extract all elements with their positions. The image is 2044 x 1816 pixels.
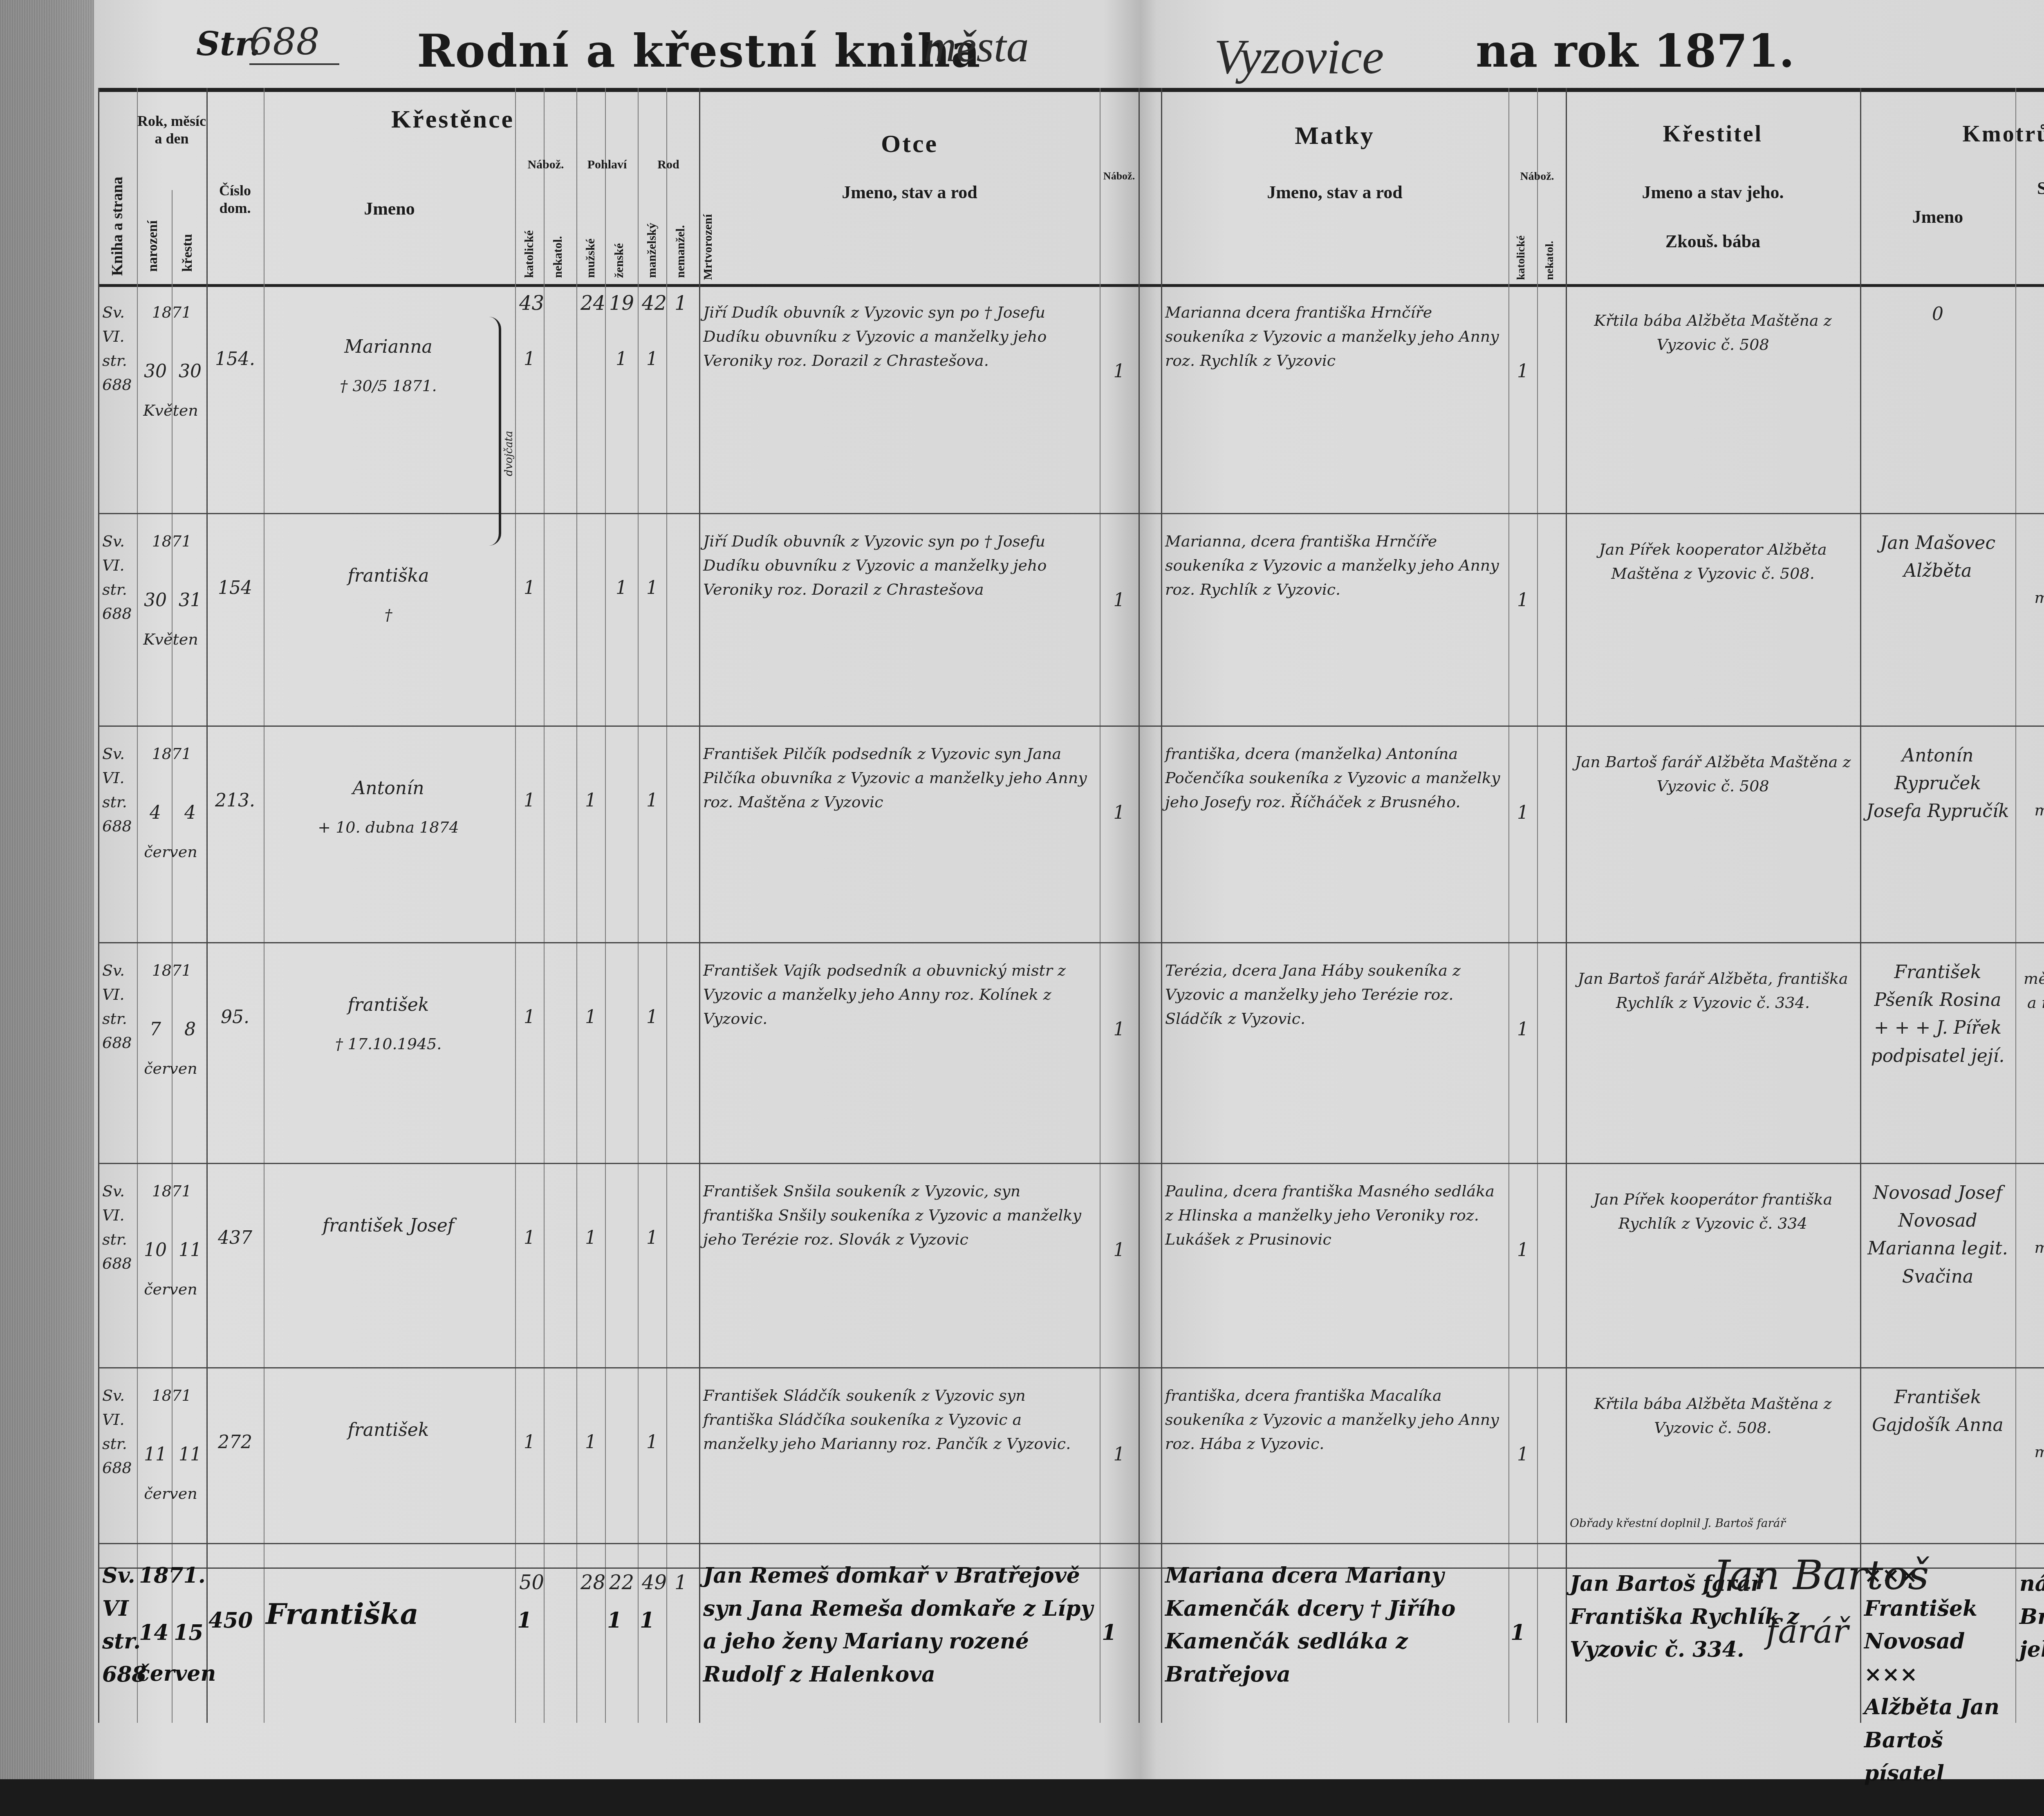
- record-year: 1871: [139, 742, 204, 766]
- record-male: 1: [578, 1429, 603, 1456]
- record-house-number: 272: [208, 1429, 262, 1456]
- record-child-name: františek: [266, 991, 511, 1019]
- record-legitimate: 1: [640, 345, 664, 373]
- record-baptism-day: 8: [174, 1016, 206, 1043]
- record-godparent-name: Novosad Josef Novosad Marianna legit. Sv…: [1864, 1179, 2011, 1291]
- record-book-ref: Sv. VI. str. 688: [102, 958, 137, 1055]
- record-female: 1: [607, 574, 636, 602]
- record-year: 1871: [139, 1179, 204, 1203]
- record-birth-day: 10: [139, 1236, 172, 1264]
- record-year: 1871.: [139, 1559, 204, 1592]
- record-baptism-day: 31: [174, 587, 206, 614]
- record-house-number: 154: [208, 574, 262, 602]
- carry-legitimate: 42: [642, 288, 667, 318]
- record-godparent-residence: soukeník z Vyzovic a manželka jeho: [2019, 1392, 2044, 1464]
- record-month: Květen: [137, 399, 204, 423]
- col-group-baptizer: Křestitel: [1566, 121, 1860, 148]
- row-divider: [98, 1163, 2044, 1164]
- header-rule-bottom: [98, 284, 2044, 287]
- register-year: 1871.: [1654, 25, 1794, 77]
- carry-illegitimate: 1: [675, 288, 687, 318]
- record-baptizer: Křtila bába Alžběta Maštěna z Vyzovic č.…: [1570, 309, 1856, 357]
- col-header-father-religion: Nábož.: [1100, 170, 1139, 182]
- page-edges-left: [0, 0, 94, 1816]
- record-father-religion: 1: [1102, 587, 1136, 614]
- record-house-number: 95.: [208, 1003, 262, 1031]
- record-catholic: 1: [517, 1003, 542, 1031]
- col-line: [1566, 88, 1567, 1723]
- record-legitimate: 1: [640, 1224, 664, 1252]
- record-godparent-name: František Pšeník Rosina + + + J. Pířek p…: [1864, 958, 2011, 1070]
- col-header-illegitimate: nemanžel.: [674, 188, 688, 278]
- col-line: [1139, 88, 1140, 1723]
- record-birth-day: 7: [139, 1016, 172, 1043]
- col-line: [576, 88, 577, 1723]
- record-month: červen: [137, 1277, 204, 1301]
- book-shadow: [0, 1779, 2044, 1816]
- register-title: Rodní a křestní kniha: [417, 25, 981, 77]
- record-baptizer: Jan Bartoš farář Alžběta Maštěna z Vyzov…: [1570, 750, 1856, 798]
- record-father: František Sládčík soukeník z Vyzovic syn…: [703, 1384, 1096, 1456]
- col-group-godparents: Kmotrův: [1860, 121, 2044, 148]
- record-catholic: 1: [517, 1604, 542, 1637]
- record-child-name: Antonín: [266, 775, 511, 802]
- record-female: 1: [607, 345, 636, 373]
- header-rule-top: [98, 88, 2044, 92]
- record-birth-day: 30: [139, 587, 172, 614]
- col-header-godparent-name: Jmeno: [1860, 206, 2015, 228]
- record-birth-day: 11: [139, 1441, 172, 1469]
- page-number: 688: [249, 20, 339, 65]
- record-month: červen: [137, 1482, 204, 1506]
- record-godparent-residence: 0: [2019, 309, 2044, 333]
- record-mother: Marianna, dcera františka Hrnčíře souken…: [1165, 529, 1504, 602]
- record-godparent-name: Antonín Rypruček Josefa Rypručík: [1864, 742, 2011, 826]
- record-catholic: 1: [517, 1429, 542, 1456]
- record-book-ref: Sv. VI. str. 688: [102, 1179, 137, 1276]
- col-line: [206, 88, 208, 1723]
- col-header-mother-catholic: katolické: [1515, 202, 1528, 280]
- col-group-child: Křestěnce: [206, 104, 699, 134]
- carry-male: 24: [580, 288, 605, 318]
- total-legitimate: 49: [642, 1567, 667, 1598]
- row-divider: [98, 726, 2044, 727]
- record-legitimate: 1: [640, 574, 664, 602]
- year-label: na rok 1871.: [1476, 25, 1795, 77]
- record-baptism-day: 11: [174, 1236, 206, 1264]
- col-header-male: mužské: [584, 188, 598, 278]
- record-catholic: 1: [517, 574, 542, 602]
- record-mother: Paulina, dcera františka Masného sedláka…: [1165, 1179, 1504, 1252]
- col-line: [638, 88, 639, 1723]
- record-father-religion: 1: [1102, 1236, 1136, 1264]
- record-month: Květen: [137, 627, 204, 652]
- col-header-female: ženské: [612, 188, 626, 278]
- record-child-name: Františka: [266, 1592, 511, 1637]
- col-header-mother-details: Jmeno, stav a rod: [1202, 182, 1468, 204]
- col-header-baptizer-name: Jmeno a stav jeho.: [1566, 182, 1860, 204]
- record-book-ref: Sv. VI. str. 688: [102, 529, 137, 626]
- col-group-legitimacy: Rod: [638, 157, 699, 172]
- record-male: 1: [578, 787, 603, 815]
- record-mother-religion: 1: [1511, 799, 1535, 827]
- record-baptizer: Jan Pířek kooperátor františka Rychlík z…: [1570, 1187, 1856, 1236]
- record-house-number: 437: [208, 1224, 262, 1252]
- carry-female: 19: [609, 288, 634, 318]
- record-child-name: františek: [266, 1416, 511, 1444]
- record-legitimate: 1: [640, 1003, 664, 1031]
- book-spread: Str. 688 Rodní a křestní kniha města Vyz…: [0, 0, 2044, 1816]
- record-catholic: 1: [517, 345, 542, 373]
- record-birth-day: 30: [139, 358, 172, 385]
- record-catholic: 1: [517, 1224, 542, 1252]
- record-mother: františka, dcera františka Macalíka souk…: [1165, 1384, 1504, 1456]
- record-mother-religion: 1: [1511, 587, 1535, 614]
- record-father: Jiří Dudík obuvník z Vyzovic syn po † Jo…: [703, 529, 1096, 602]
- col-header-mother-religion: Nábož.: [1508, 170, 1566, 184]
- carry-catholic: 43: [519, 288, 544, 318]
- row-divider: [98, 1543, 2044, 1544]
- record-child-note: + 10. dubna 1874: [266, 815, 511, 840]
- col-header-stillborn: Mrtvorození: [701, 145, 715, 280]
- twin-bracket: [482, 317, 501, 546]
- col-header-date: Rok, měsíc a den: [137, 112, 206, 148]
- register-table: Kniha a strana Rok, měsíc a den narození…: [98, 88, 2044, 1756]
- col-line: [1100, 88, 1100, 1723]
- col-line: [264, 88, 264, 1723]
- col-header-birth: narození: [145, 190, 161, 272]
- record-mother: Marianna dcera františka Hrnčíře soukení…: [1165, 300, 1504, 373]
- twin-note: dvojčata: [503, 374, 515, 476]
- record-mother: Mariana dcera Mariany Kamenčák dcery † J…: [1165, 1559, 1504, 1691]
- col-line: [137, 88, 138, 1723]
- record-godparent-residence: posluhač z Vyzovic a manželka jeho: [2019, 1187, 2044, 1260]
- record-male: 1: [578, 1003, 603, 1031]
- record-year: 1871: [139, 529, 204, 553]
- record-child-name: Marianna: [266, 333, 511, 361]
- record-godparent-name: 0: [1864, 300, 2011, 328]
- col-header-legitimate: manželský: [645, 188, 659, 278]
- record-father-religion: 1: [1102, 1016, 1136, 1043]
- col-group-father: Otce: [719, 129, 1100, 159]
- record-catholic: 1: [517, 787, 542, 815]
- record-baptism-day: 11: [174, 1441, 206, 1469]
- col-header-catholic: katolické: [522, 188, 536, 278]
- col-group-religion: Nábož.: [515, 157, 576, 172]
- priest-title: farář: [1766, 1612, 1848, 1650]
- record-year: 1871: [139, 1384, 204, 1408]
- record-mother-religion: 1: [1511, 1441, 1535, 1469]
- record-book-ref: Sv. VI. str. 688: [102, 742, 137, 838]
- record-month: červen: [137, 1657, 204, 1691]
- record-father: František Snšila soukeník z Vyzovic, syn…: [703, 1179, 1096, 1252]
- record-child-name: františek Josef: [266, 1212, 511, 1240]
- col-line: [1860, 88, 1861, 1723]
- record-father: František Pilčík podsedník z Vyzovic syn…: [703, 742, 1096, 814]
- row-divider: [98, 942, 2044, 943]
- record-child-note: †: [266, 603, 511, 627]
- town-type: města: [924, 20, 1029, 72]
- record-year: 1871: [139, 300, 204, 325]
- col-line: [1161, 88, 1162, 1723]
- record-baptizer: Jan Pířek kooperator Alžběta Maštěna z V…: [1570, 537, 1856, 586]
- record-godparent-name: Jan Mašovec Alžběta: [1864, 529, 2011, 585]
- total-catholic: 50: [519, 1567, 544, 1598]
- record-book-ref: Sv. VI. str. 688: [102, 300, 137, 397]
- record-father-religion: 1: [1102, 1441, 1136, 1469]
- record-father: Jiří Dudík obuvník z Vyzovic syn po † Jo…: [703, 300, 1096, 373]
- record-mother-religion: 1: [1511, 1617, 1535, 1650]
- col-line: [2015, 88, 2016, 1723]
- col-header-child-name: Jmeno: [264, 198, 515, 220]
- record-month: červen: [137, 1057, 204, 1081]
- col-group-mother: Matky: [1161, 121, 1508, 151]
- record-female: 1: [607, 1604, 636, 1637]
- col-header-house: Číslo dom.: [206, 182, 264, 217]
- row-divider: [98, 513, 2044, 514]
- col-line: [1508, 88, 1509, 1723]
- record-godparent-residence: nádeník z Bratřejova jeho žena: [2019, 1567, 2044, 1666]
- col-header-baptism: křestu: [180, 190, 195, 272]
- col-header-mother-noncatholic: nekatol.: [1543, 202, 1556, 280]
- record-baptizer-note: Obřady křestní doplnil J. Bartoš farář: [1570, 1514, 1856, 1532]
- col-line: [98, 88, 99, 1723]
- col-line: [515, 88, 516, 1723]
- record-mother-religion: 1: [1511, 1236, 1535, 1264]
- record-house-number: 154.: [208, 345, 262, 373]
- col-line: [666, 88, 667, 1723]
- col-group-sex: Pohlaví: [576, 157, 638, 172]
- record-baptism-day: 30: [174, 358, 206, 385]
- record-book-ref: Sv. VI. str. 688: [102, 1384, 137, 1480]
- record-mother-religion: 1: [1511, 1016, 1535, 1043]
- record-father-religion: 1: [1102, 358, 1136, 385]
- col-line: [1537, 88, 1538, 1723]
- record-baptism-day: 15: [174, 1617, 206, 1650]
- record-house-number: 450: [208, 1604, 262, 1637]
- col-line: [699, 88, 700, 1723]
- record-mother: františka, dcera (manželka) Antonína Poč…: [1165, 742, 1504, 814]
- record-child-note: † 30/5 1871.: [266, 374, 511, 398]
- col-header-book: Kniha a strana: [108, 112, 126, 276]
- record-legitimate: 1: [640, 1429, 664, 1456]
- record-baptizer: Jan Bartoš farář Alžběta, františka Rych…: [1570, 967, 1856, 1015]
- col-line: [544, 88, 545, 1723]
- record-father: František Vajík podsedník a obuvnický mi…: [703, 958, 1096, 1031]
- record-male: 1: [578, 1224, 603, 1252]
- col-header-godparent-residence: Stav a bydliště: [2036, 178, 2044, 199]
- record-father-religion: 1: [1102, 799, 1136, 827]
- col-header-midwife: Zkouš. bába: [1566, 231, 1860, 253]
- record-mother-religion: 1: [1511, 358, 1535, 385]
- page-header: Str. 688 Rodní a křestní kniha města Vyz…: [196, 16, 2044, 86]
- record-baptism-day: 4: [174, 799, 206, 827]
- col-header-father-details: Jmeno, stav a rod: [760, 182, 1059, 204]
- year-label-text: na rok: [1476, 25, 1638, 77]
- record-birth-day: 4: [139, 799, 172, 827]
- priest-signature: Jan Bartoš: [1713, 1551, 1929, 1599]
- record-baptizer: Křtila bába Alžběta Maštěna z Vyzovic č.…: [1570, 1392, 1856, 1440]
- total-illegitimate: 1: [675, 1567, 687, 1598]
- col-header-noncatholic: nekatol.: [551, 188, 565, 278]
- record-legitimate: 1: [640, 787, 664, 815]
- record-child-note: † 17.10.1945.: [266, 1032, 511, 1056]
- col-line: [605, 88, 606, 1723]
- total-female: 22: [609, 1567, 634, 1598]
- record-month: červen: [137, 840, 204, 864]
- town-name: Vyzovice: [1214, 29, 1384, 85]
- record-year: 1871: [139, 958, 204, 983]
- record-godparent-residence: soukeník z Vyzovic a manželka jeho: [2019, 537, 2044, 610]
- record-godparent-residence: měšťan z Vyzovic a manželka jeho: [2019, 967, 2044, 1015]
- record-book-ref: Sv. VI str. 688: [102, 1559, 137, 1691]
- record-child-name: františka: [266, 562, 511, 590]
- record-birth-day: 14: [139, 1617, 172, 1650]
- record-father: Jan Remeš domkař v Bratřejově syn Jana R…: [703, 1559, 1096, 1691]
- total-male: 28: [580, 1567, 605, 1598]
- record-legitimate: 1: [640, 1604, 664, 1637]
- record-house-number: 213.: [208, 787, 262, 815]
- record-godparent-name: František Gajdošík Anna: [1864, 1384, 2011, 1439]
- row-divider: [98, 1367, 2044, 1368]
- record-godparent-residence: soukeník z Vyzovic a manželka jeho: [2019, 750, 2044, 822]
- record-mother: Terézia, dcera Jana Háby soukeníka z Vyz…: [1165, 958, 1504, 1031]
- record-father-religion: 1: [1102, 1617, 1136, 1650]
